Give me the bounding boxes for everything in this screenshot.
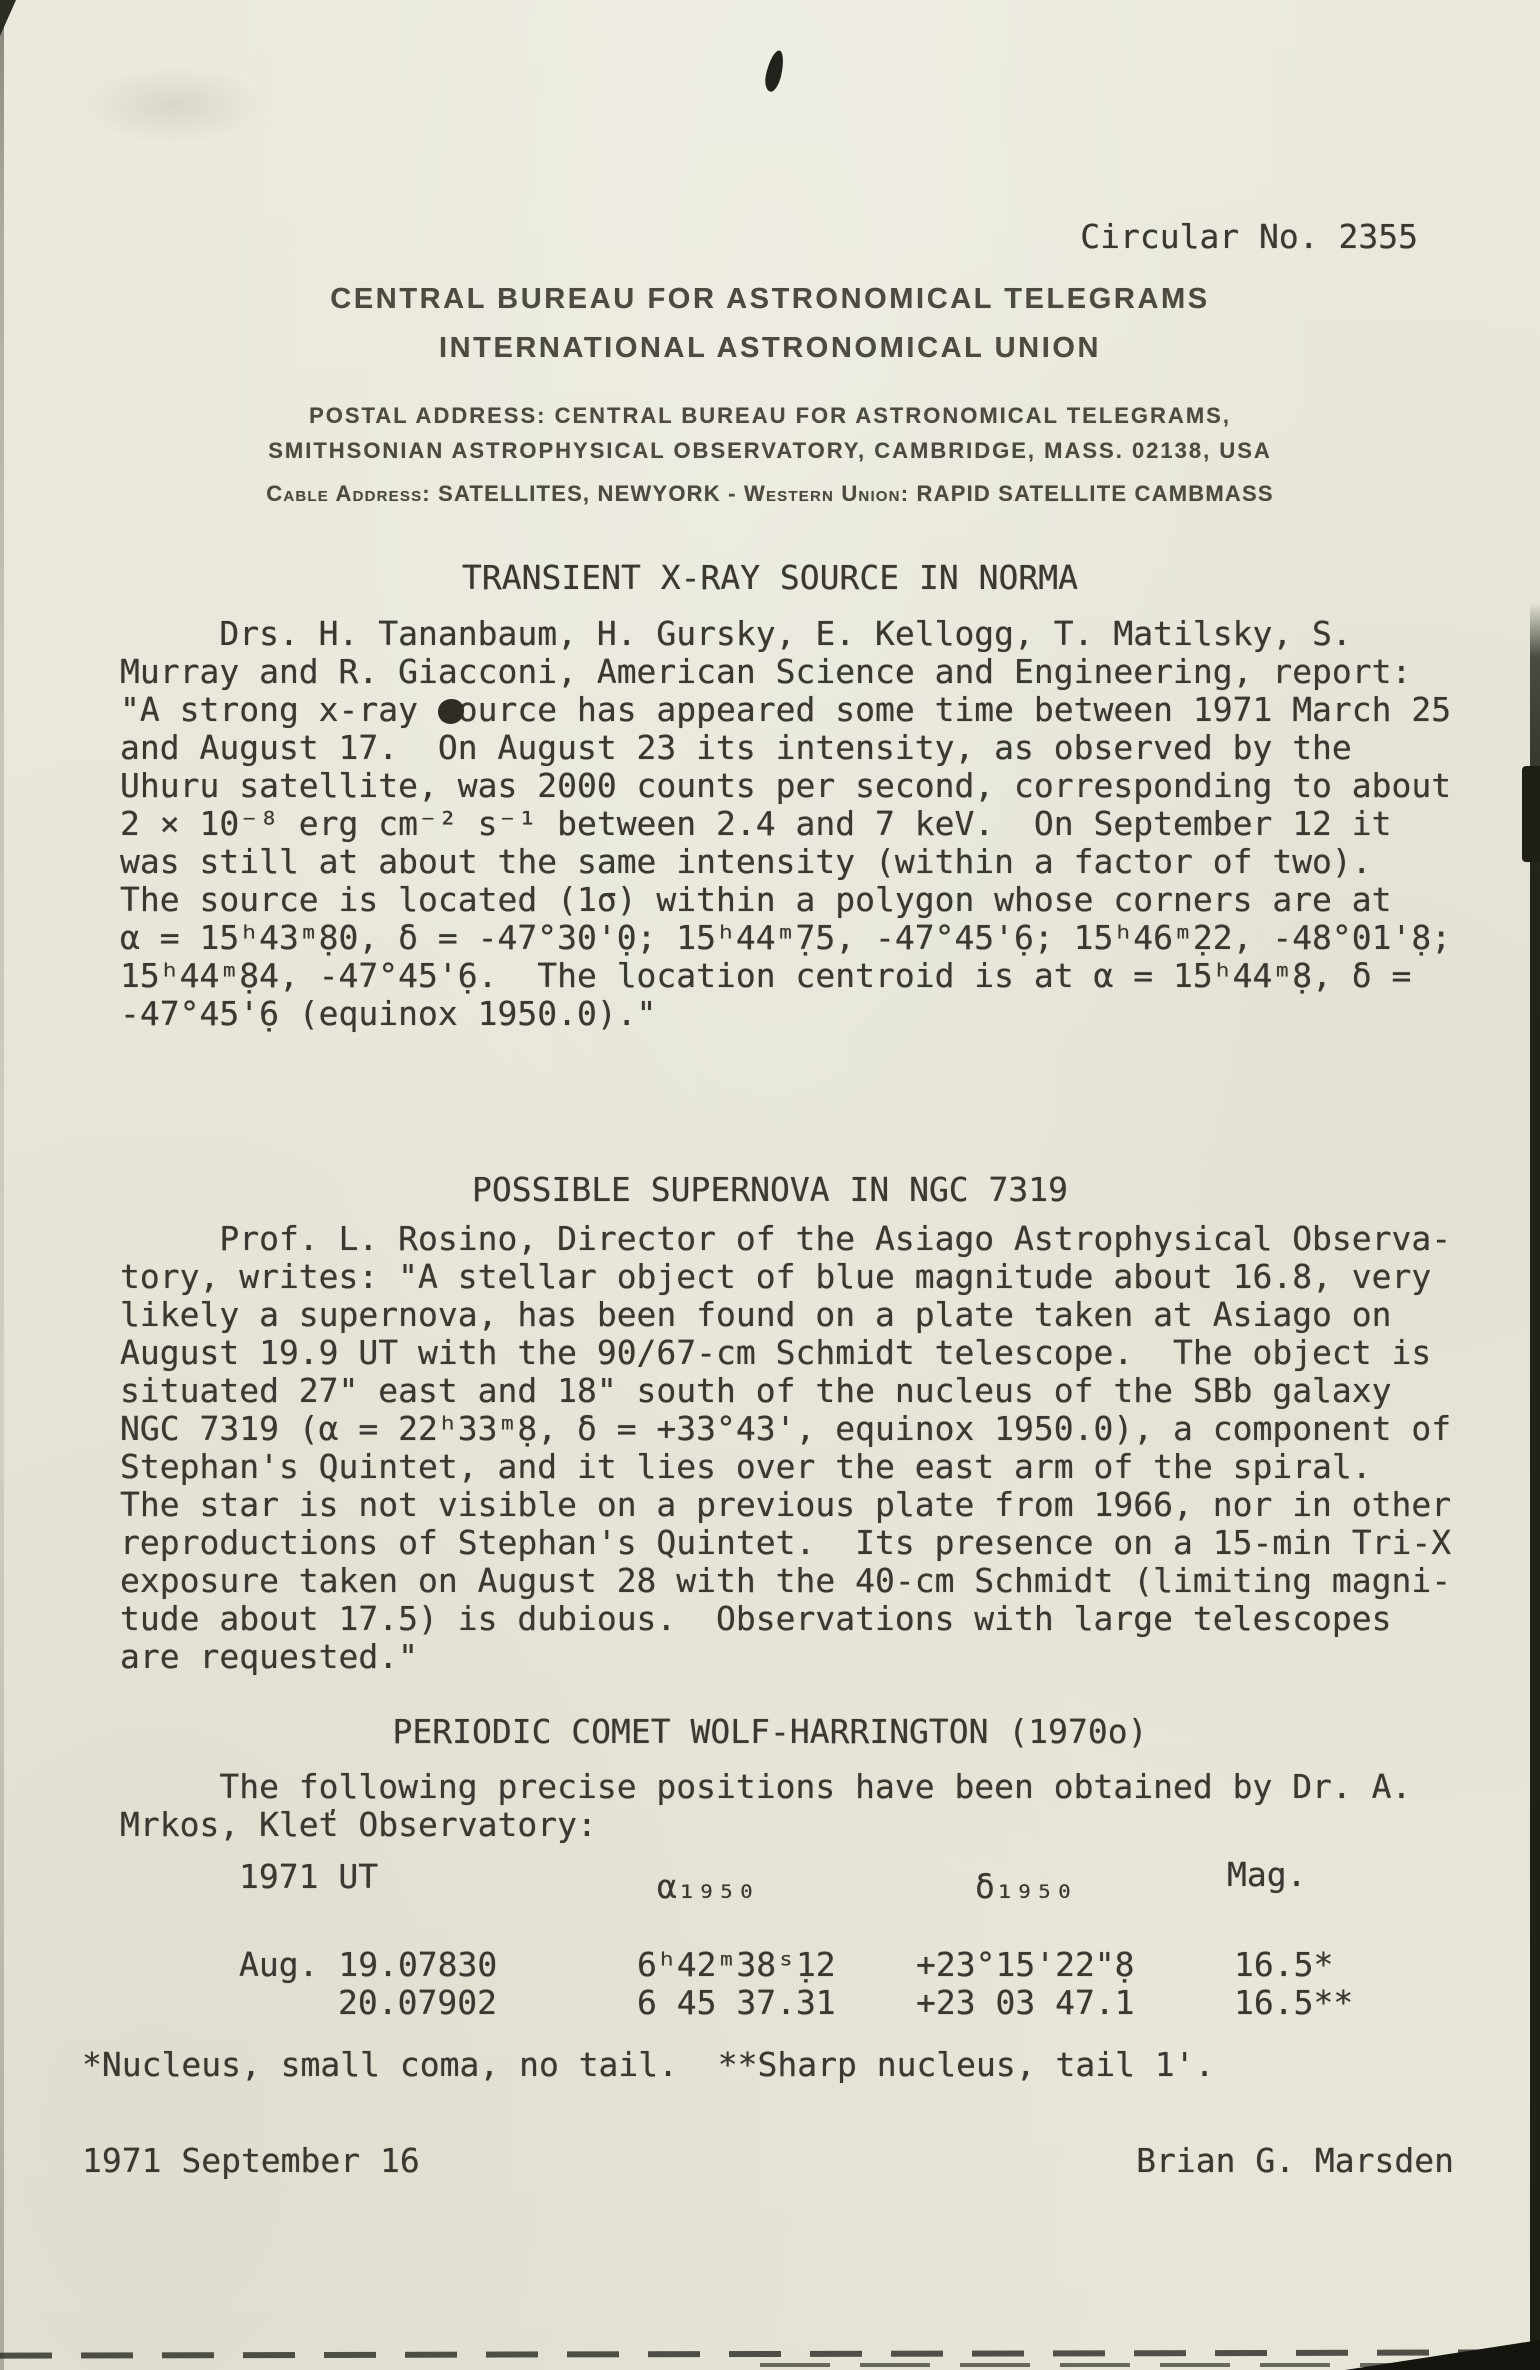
section-title-norma: TRANSIENT X-RAY SOURCE IN NORMA bbox=[0, 558, 1540, 597]
section-body-norma: Drs. H. Tananbaum, H. Gursky, E. Kellogg… bbox=[120, 615, 1451, 1033]
scan-edge-right bbox=[1530, 602, 1540, 2370]
table-cell-dec: +23 03 47.1 bbox=[916, 1984, 1135, 2022]
footer-author: Brian G. Marsden bbox=[1136, 2142, 1454, 2180]
letterhead-cable-line: Cable Address: SATELLITES, NEWYORK - Wes… bbox=[0, 481, 1540, 507]
letterhead-org-line-1: CENTRAL BUREAU FOR ASTRONOMICAL TELEGRAM… bbox=[0, 283, 1540, 316]
letterhead-postal-line-2: SMITHSONIAN ASTROPHYSICAL OBSERVATORY, C… bbox=[0, 438, 1540, 464]
letterhead-postal-line-1: POSTAL ADDRESS: CENTRAL BUREAU FOR ASTRO… bbox=[0, 403, 1540, 429]
table-header-ut: 1971 UT bbox=[239, 1858, 378, 1896]
table-cell-ra: 6 45 37.31 bbox=[637, 1984, 836, 2022]
table-header-ra: α₁₉₅₀ bbox=[657, 1868, 756, 1906]
ink-mark-top bbox=[762, 49, 786, 93]
scan-edge-right-bump bbox=[1522, 766, 1540, 862]
section-title-comet: PERIODIC COMET WOLF-HARRINGTON (1970o) bbox=[0, 1712, 1540, 1751]
table-header-mag: Mag. bbox=[1227, 1856, 1306, 1894]
bottom-tear-line bbox=[0, 2349, 1540, 2358]
scanned-circular-page: Circular No. 2355 CENTRAL BUREAU FOR AST… bbox=[0, 0, 1540, 2370]
letterhead-org-line-2: INTERNATIONAL ASTRONOMICAL UNION bbox=[0, 332, 1540, 365]
footer-date: 1971 September 16 bbox=[82, 2142, 420, 2180]
table-footnote: *Nucleus, small coma, no tail. **Sharp n… bbox=[82, 2046, 1214, 2084]
paper-smudge bbox=[78, 66, 268, 144]
table-header-dec: δ₁₉₅₀ bbox=[975, 1868, 1074, 1906]
table-cell-mag: 16.5* bbox=[1234, 1946, 1333, 1984]
table-cell-ut: 20.07902 bbox=[338, 1984, 497, 2022]
section-title-supernova: POSSIBLE SUPERNOVA IN NGC 7319 bbox=[0, 1170, 1540, 1209]
table-cell-dec: +23°15'22"̣8 bbox=[916, 1946, 1135, 1984]
table-cell-ut: Aug. 19.07830 bbox=[239, 1946, 497, 1984]
circular-number: Circular No. 2355 bbox=[1080, 218, 1418, 256]
scan-corner-top-left bbox=[0, 0, 16, 36]
table-cell-mag: 16.5** bbox=[1234, 1984, 1353, 2022]
section-body-supernova: Prof. L. Rosino, Director of the Asiago … bbox=[120, 1220, 1451, 1676]
section-intro-comet: The following precise positions have bee… bbox=[120, 1768, 1411, 1844]
table-cell-ra: 6ʰ42ᵐ38ˢ̣12 bbox=[637, 1946, 836, 1984]
